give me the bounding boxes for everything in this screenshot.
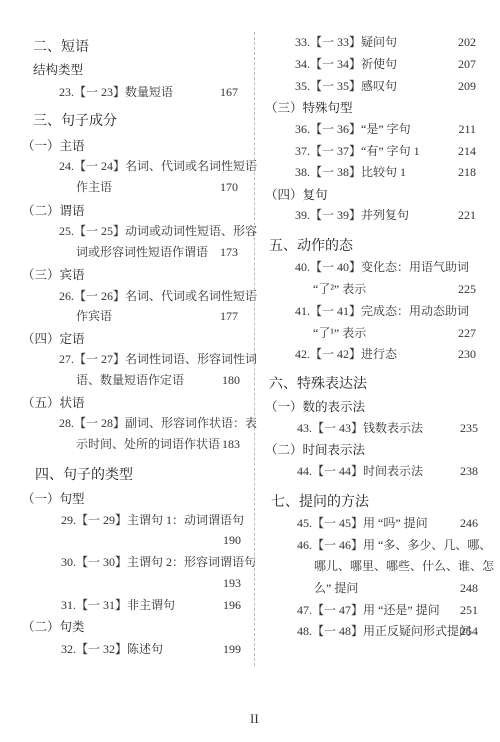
- toc-page-number: 209: [446, 80, 476, 92]
- toc-page-number: 227: [446, 327, 476, 339]
- toc-entry: 40.【一 40】变化态：用语气助词: [295, 261, 469, 273]
- toc-page-number: 170: [208, 181, 238, 193]
- subsection-heading: （四）复句: [265, 189, 328, 202]
- toc-entry: 24.【一 24】名词、代词或名词性短语: [59, 160, 257, 172]
- toc-page-number: 167: [208, 86, 238, 98]
- toc-page-number: 207: [446, 58, 476, 70]
- toc-page-number: 202: [446, 36, 476, 48]
- subsection-heading: （四）定语: [22, 333, 85, 346]
- toc-page-number: 190: [211, 534, 241, 546]
- toc-page-number: 248: [448, 582, 478, 594]
- toc-page-number: 230: [446, 348, 476, 360]
- toc-entry: 28.【一 28】副词、形容词作状语：表: [59, 417, 257, 429]
- toc-entry: 34.【一 34】祈使句: [295, 58, 397, 70]
- toc-entry: “了¹” 表示: [313, 327, 366, 339]
- subsection-heading: （二）句类: [22, 621, 85, 634]
- toc-page-number: 173: [208, 246, 238, 258]
- section-heading: 五、动作的态: [269, 239, 353, 253]
- toc-entry: 作主语: [76, 181, 112, 193]
- toc-page-number: 177: [208, 310, 238, 322]
- toc-page-number: 221: [446, 209, 476, 221]
- toc-page-number: 251: [448, 604, 478, 616]
- subsection-heading: （三）宾语: [22, 269, 85, 282]
- subsection-heading: 结构类型: [33, 64, 83, 77]
- section-heading: 六、特殊表达法: [269, 377, 367, 391]
- toc-entry: 39.【一 39】并列复句: [295, 209, 409, 221]
- toc-page-number: 254: [448, 625, 478, 637]
- subsection-heading: （三）特殊句型: [265, 102, 353, 115]
- toc-entry: 31.【一 31】非主谓句: [61, 599, 175, 611]
- toc-page-number: 214: [446, 145, 476, 157]
- toc-entry: 46.【一 46】用 “多、多少、几、哪、: [297, 539, 491, 551]
- toc-entry: 25.【一 25】动词或动词性短语、形容: [59, 225, 257, 237]
- toc-entry: 44.【一 44】时间表示法: [297, 465, 423, 477]
- subsection-heading: （五）状语: [22, 397, 85, 410]
- toc-page-number: 246: [448, 517, 478, 529]
- toc-entry: 36.【一 36】“是” 字句: [295, 123, 411, 135]
- toc-entry: 26.【一 26】名词、代词或名词性短语: [59, 290, 257, 302]
- toc-entry: 30.【一 30】主谓句 2：形容词谓语句: [61, 556, 256, 568]
- toc-entry: 42.【一 42】进行态: [295, 348, 397, 360]
- toc-page-number: 193: [211, 577, 241, 589]
- toc-entry: 作宾语: [76, 310, 112, 322]
- toc-page-number: 180: [210, 374, 240, 386]
- toc-page-number: 218: [446, 166, 476, 178]
- subsection-heading: （一）数的表示法: [265, 401, 365, 414]
- toc-page-number: 211: [446, 123, 476, 135]
- section-heading: 三、句子成分: [33, 114, 117, 128]
- page-number: II: [250, 711, 259, 727]
- toc-entry: 29.【一 29】主谓句 1：动词谓语句: [61, 514, 244, 526]
- toc-entry: 23.【一 23】数量短语: [59, 86, 173, 98]
- toc-entry: 么” 提问: [314, 582, 358, 594]
- toc-entry: 词或形容词性短语作谓语: [76, 246, 208, 258]
- toc-entry: 48.【一 48】用正反疑问形式提问: [297, 625, 471, 637]
- section-heading: 四、句子的类型: [35, 468, 133, 482]
- column-divider: [254, 32, 255, 666]
- toc-entry: 38.【一 38】比较句 1: [295, 166, 406, 178]
- section-heading: 二、短语: [33, 40, 89, 54]
- toc-page-number: 199: [211, 643, 241, 655]
- toc-entry: 33.【一 33】疑问句: [295, 36, 397, 48]
- toc-page-number: 235: [448, 422, 478, 434]
- toc-entry: 35.【一 35】感叹句: [295, 80, 397, 92]
- section-heading: 七、提问的方法: [271, 495, 369, 509]
- toc-page-number: 183: [210, 438, 240, 450]
- subsection-heading: （二）谓语: [22, 205, 85, 218]
- toc-entry: 哪儿、哪里、哪些、什么、谁、怎: [314, 560, 494, 572]
- toc-page-number: 196: [211, 599, 241, 611]
- toc-entry: 47.【一 47】用 “还是” 提问: [297, 604, 440, 616]
- toc-entry: 45.【一 45】用 “吗” 提问: [297, 517, 428, 529]
- toc-page-number: 238: [448, 465, 478, 477]
- toc-entry: 27.【一 27】名词性词语、形容词性词: [59, 353, 257, 365]
- toc-entry: 32.【一 32】陈述句: [61, 643, 163, 655]
- subsection-heading: （一）句型: [22, 493, 85, 506]
- toc-entry: 示时间、处所的词语作状语: [76, 438, 220, 450]
- toc-entry: 37.【一 37】“有” 字句 1: [295, 145, 420, 157]
- subsection-heading: （一）主语: [22, 140, 85, 153]
- subsection-heading: （二）时间表示法: [265, 444, 365, 457]
- toc-page-number: 225: [446, 283, 476, 295]
- toc-entry: “了²” 表示: [313, 283, 366, 295]
- toc-entry: 43.【一 43】钱数表示法: [297, 422, 423, 434]
- toc-entry: 语、数量短语作定语: [76, 374, 184, 386]
- toc-entry: 41.【一 41】完成态：用动态助词: [295, 305, 469, 317]
